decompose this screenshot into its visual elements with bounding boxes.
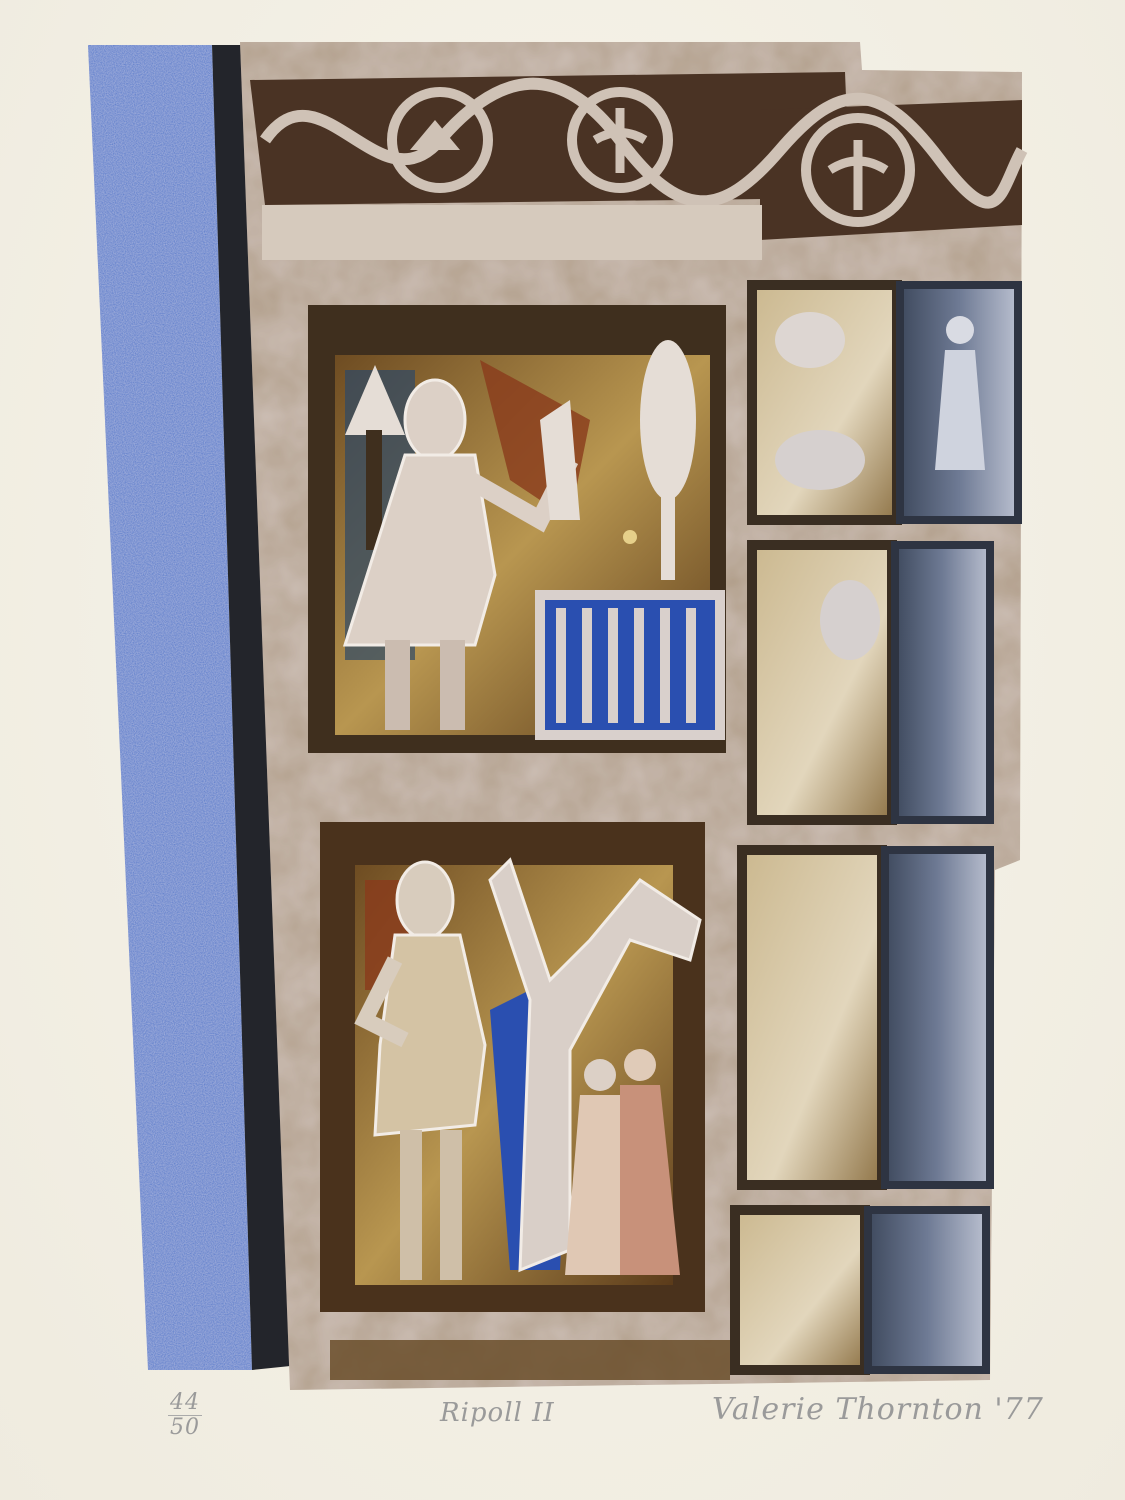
bottom-strip [330, 1340, 730, 1380]
edition-number: 44 50 [168, 1392, 202, 1439]
lower-scene-panel [320, 822, 705, 1312]
artwork-title: Ripoll II [440, 1398, 555, 1428]
upper-scene-panel [308, 305, 726, 753]
edition-number-current: 44 [168, 1392, 202, 1414]
edition-number-total: 50 [168, 1417, 202, 1439]
artist-signature: Valerie Thornton '77 [712, 1392, 1044, 1427]
artwork-print [0, 0, 1125, 1500]
